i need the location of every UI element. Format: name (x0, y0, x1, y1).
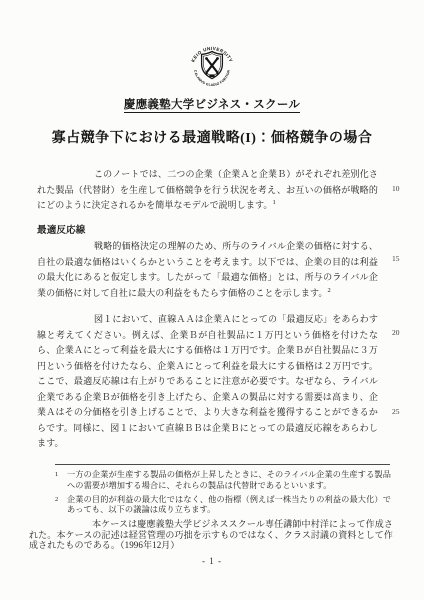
paragraph-intro-text: このノートでは、二つの企業（企業Ａと企業Ｂ）がそれぞれ差別化された製品（代替財）… (37, 169, 378, 210)
crest-graphic: KEIO UNIVERSITY CALAMVS GLADIO FORTIOR (187, 42, 237, 92)
footnote-ref-1: 1 (272, 199, 275, 206)
document-title: 寡占競争下における最適戦略(I)：価格競争の場合 (0, 127, 424, 147)
paragraph-figure1-text: 図１において、直線ＡＡは企業Ａにとっての「最適反応」をあらわす線と考えてください… (37, 314, 378, 448)
institution-header: 慶應義塾大学ビジネス・スクール (0, 95, 424, 113)
body-text: このノートでは、二つの企業（企業Ａと企業Ｂ）がそれぞれ差別化された製品（代替財）… (37, 167, 378, 452)
colophon: 本ケースは慶應義塾大学ビジネススクール専任講師中村洋によって作成された。本ケース… (29, 519, 393, 551)
footnotes-section: 1 一方の企業が生産する製品の価格が上昇したときに、そのライバル企業の生産する製… (55, 470, 391, 519)
crest-base (209, 74, 214, 77)
margin-line-number-15: 15 (392, 254, 412, 263)
footnote-2-text: 企業の目的が利益の最大化ではなく、他の指標（例えば一株当たりの利益の最大化）であ… (67, 495, 391, 517)
paragraph-figure1-explanation: 図１において、直線ＡＡは企業Ａにとっての「最適反応」をあらわす線と考えてください… (37, 312, 378, 452)
document-page: KEIO UNIVERSITY CALAMVS GLADIO FORTIOR 慶… (0, 0, 424, 600)
footnote-2: 2 企業の目的が利益の最大化ではなく、他の指標（例えば一株当たりの利益の最大化）… (55, 495, 391, 517)
footnote-1: 1 一方の企業が生産する製品の価格が上昇したときに、そのライバル企業の生産する製… (55, 470, 391, 492)
margin-line-number-20: 20 (392, 328, 412, 337)
paragraph-best-response: 戦略的価格決定の理解のため、所与のライバル企業の価格に対する、自社の最適な価格は… (37, 239, 378, 301)
paragraph-intro: このノートでは、二つの企業（企業Ａと企業Ｂ）がそれぞれ差別化された製品（代替財）… (37, 167, 378, 214)
institution-name: 慶應義塾大学ビジネス・スクール (124, 99, 300, 113)
keio-university-crest-logo: KEIO UNIVERSITY CALAMVS GLADIO FORTIOR (187, 42, 237, 92)
page-number: - 1 - (0, 556, 424, 566)
margin-line-number-10: 10 (392, 184, 412, 193)
footnote-2-marker: 2 (55, 495, 67, 517)
margin-line-number-25: 25 (392, 407, 412, 416)
footnote-separator-rule (55, 464, 390, 465)
footnote-1-text: 一方の企業が生産する製品の価格が上昇したときに、そのライバル企業の生産する製品へ… (67, 470, 391, 492)
section-heading-best-response-line: 最適反応線 (37, 224, 378, 240)
footnote-ref-2: 2 (327, 287, 330, 294)
footnote-1-marker: 1 (55, 470, 67, 492)
